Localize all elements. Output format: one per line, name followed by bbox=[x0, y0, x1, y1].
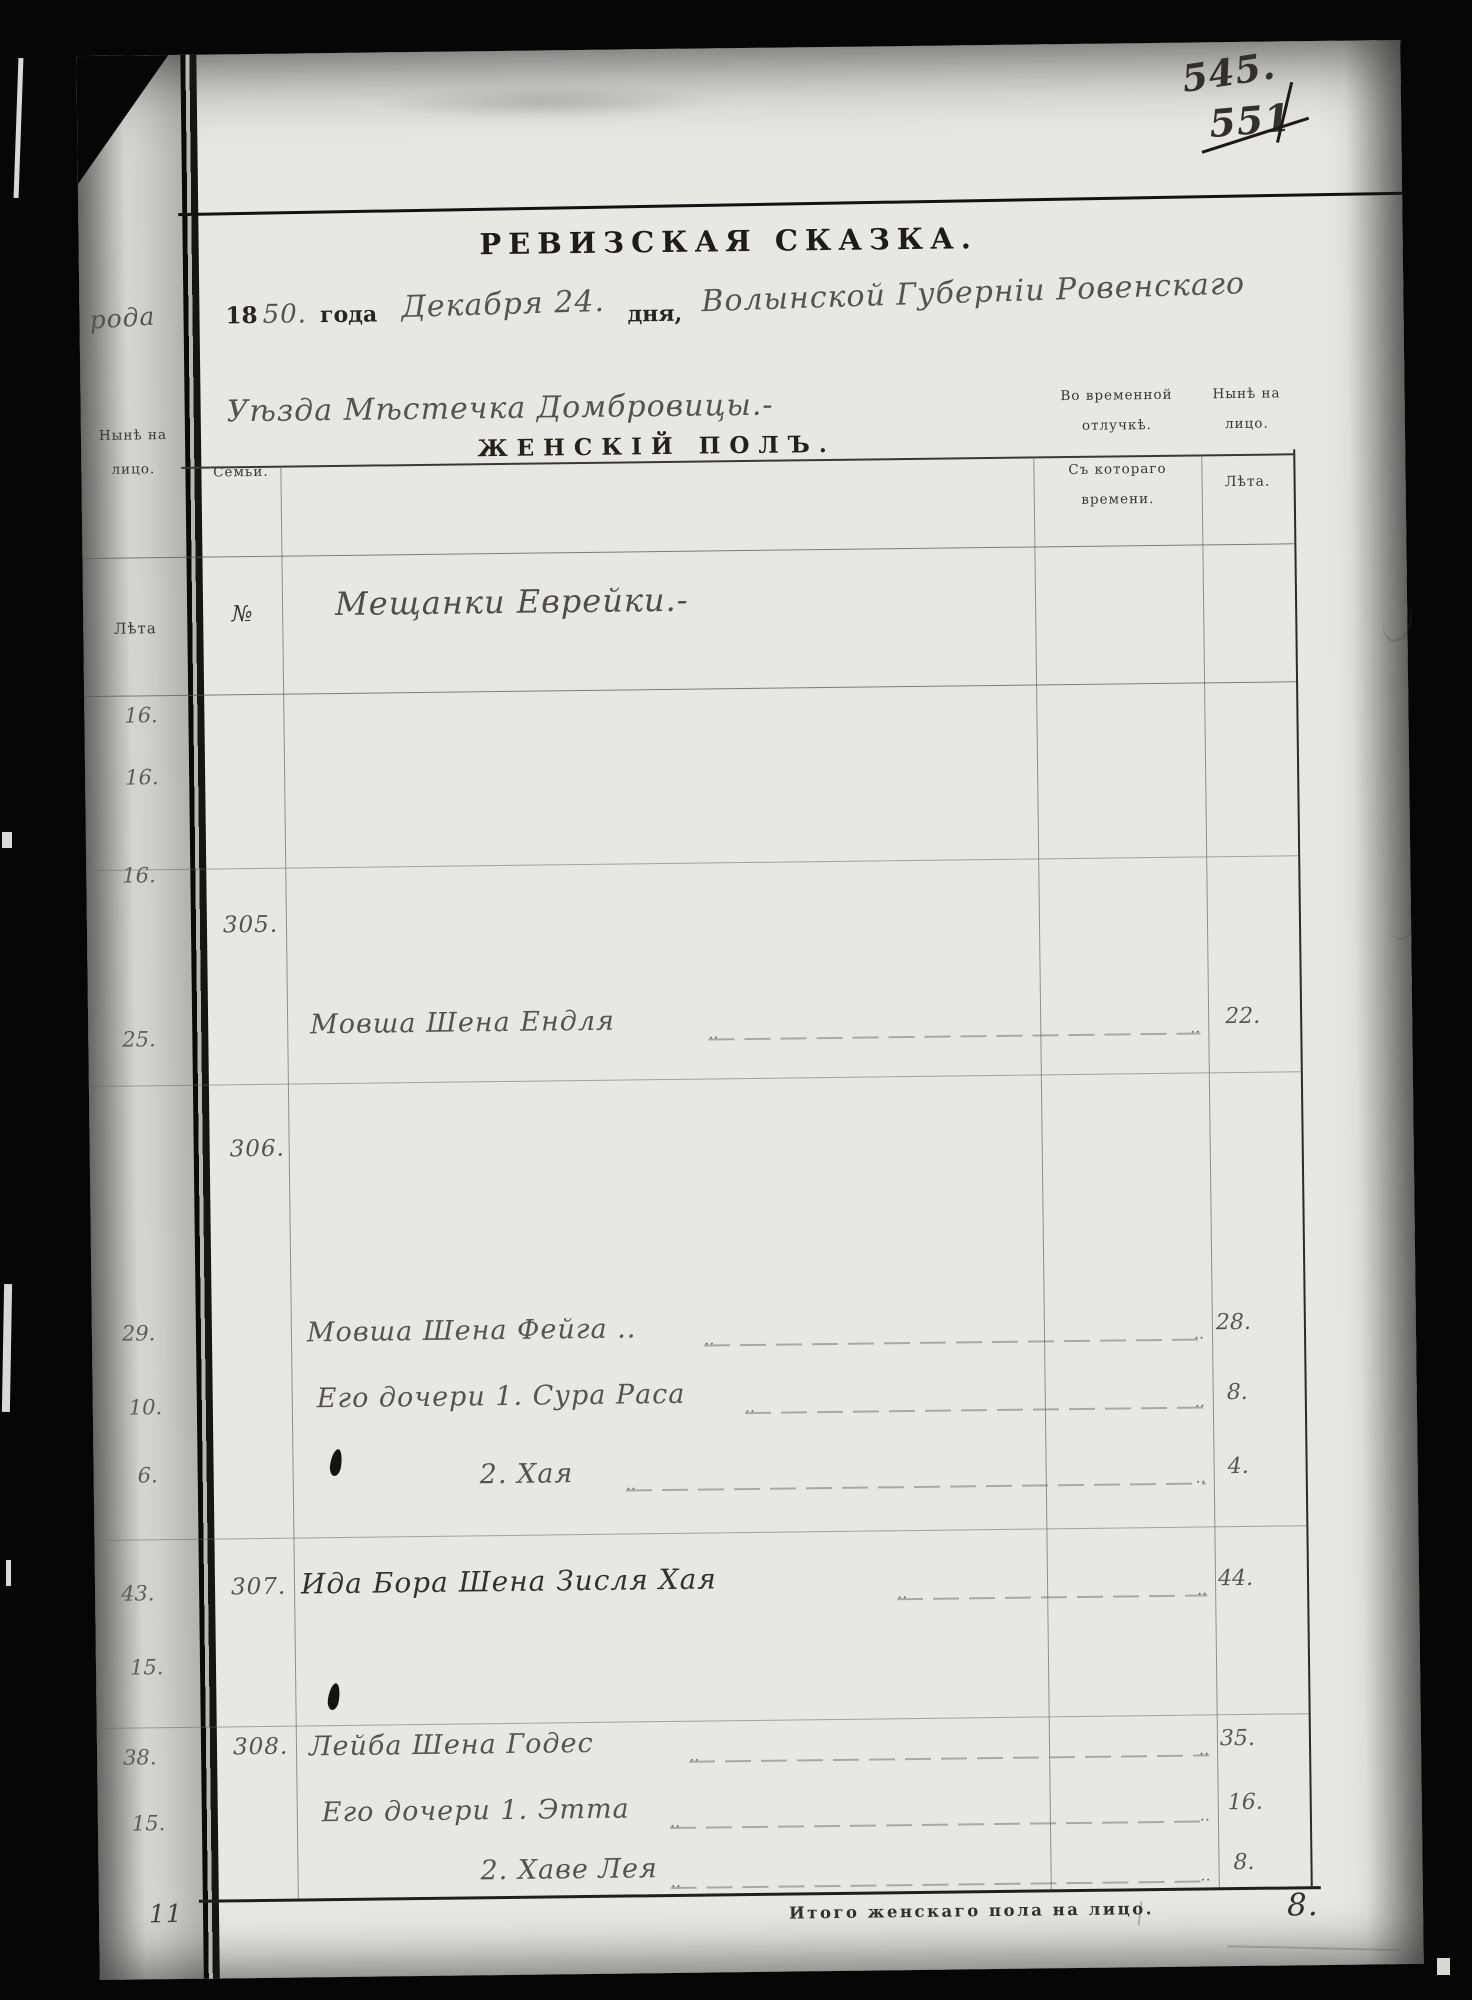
strip-age: 16. bbox=[124, 703, 158, 727]
strip-header-now-present-2: лицо. bbox=[81, 461, 185, 478]
place-handwritten: Уѣзда Мѣстечка Домбровицы.- bbox=[226, 388, 773, 430]
column-line-away bbox=[1033, 456, 1052, 1889]
header-away-since-2: времени. bbox=[1034, 490, 1202, 508]
entry-name: Его дочери 1. Этта bbox=[322, 1794, 630, 1829]
leader-line: .. .. bbox=[704, 1338, 1204, 1346]
film-scratch bbox=[2, 1284, 12, 1412]
page-number: 545. bbox=[1179, 43, 1279, 101]
ditto-marks: .. bbox=[626, 1474, 636, 1476]
strip-age: 16. bbox=[125, 765, 159, 789]
header-bottom-line bbox=[84, 681, 1296, 697]
ditto-marks: .. bbox=[1190, 1017, 1200, 1019]
header-away-since-1: Съ котораго bbox=[1033, 460, 1201, 478]
ditto-marks: .. bbox=[1194, 1323, 1204, 1325]
leader-line: .. .. bbox=[670, 1820, 1210, 1829]
entry-name: Его дочери 1. Сура Раса bbox=[317, 1379, 686, 1415]
column-line-present bbox=[1201, 454, 1220, 1887]
ditto-marks: .. bbox=[1200, 1805, 1210, 1807]
ditto-marks: .. bbox=[708, 1023, 718, 1025]
film-scratch bbox=[14, 58, 24, 198]
date-line: 18 50. года bbox=[225, 298, 377, 330]
entry-age: 35. bbox=[1220, 1726, 1255, 1751]
revision-list-title: РЕВИЗСКАЯ СКАЗКА. bbox=[328, 219, 1128, 263]
entry-age: 16. bbox=[1228, 1790, 1263, 1815]
entry-age: 44. bbox=[1218, 1566, 1253, 1591]
page-top-rule bbox=[178, 192, 1402, 216]
header-split-line bbox=[82, 543, 1294, 559]
header-present-years: Лѣта. bbox=[1202, 473, 1294, 490]
ditto-marks: .. bbox=[670, 1812, 680, 1814]
header-away-1: Во временной bbox=[1032, 386, 1200, 404]
strip-age: 43. bbox=[121, 1581, 155, 1605]
year-handwritten: 50. bbox=[262, 299, 307, 330]
entry-name: Ида Бора Шена Зисля Хая bbox=[301, 1562, 717, 1600]
day-word: дня, bbox=[627, 301, 682, 328]
page-edge-stain bbox=[1389, 908, 1413, 940]
ink-offset-smudge bbox=[377, 82, 717, 122]
entry-age: 4. bbox=[1227, 1454, 1248, 1479]
entry-name: Лейба Шена Годес bbox=[309, 1728, 594, 1762]
ink-blot bbox=[329, 1448, 344, 1476]
strip-age: 38. bbox=[123, 1745, 157, 1769]
strip-header-years: Лѣта bbox=[83, 619, 187, 638]
entry-name: Мовша Шена Ендля bbox=[310, 1006, 615, 1041]
entry-age: 22. bbox=[1225, 1004, 1260, 1029]
family-number: 308. bbox=[233, 1734, 289, 1761]
strip-age: 6. bbox=[138, 1463, 158, 1487]
family-number: 306. bbox=[230, 1136, 286, 1163]
ditto-marks: .. bbox=[704, 1329, 714, 1331]
region-handwritten: Волынской Губерніи Ровенскаго bbox=[701, 266, 1246, 319]
leader-line: .. .. bbox=[745, 1406, 1205, 1414]
leader-line: .. .. bbox=[626, 1482, 1206, 1491]
ink-blot bbox=[326, 1682, 341, 1710]
table-right-border bbox=[1293, 449, 1313, 1886]
year-printed: 18 bbox=[225, 302, 257, 329]
page-edge-shadow bbox=[1344, 40, 1424, 1965]
entry-age: 28. bbox=[1216, 1310, 1251, 1335]
ditto-marks: .. bbox=[689, 1746, 699, 1748]
strip-bottom-number: 11 bbox=[149, 1899, 183, 1928]
ditto-marks: .. bbox=[671, 1872, 681, 1874]
ditto-marks: .. bbox=[1195, 1467, 1205, 1469]
strip-age: 16. bbox=[122, 863, 156, 887]
family-number: 307. bbox=[231, 1574, 287, 1601]
scanned-document-photo: 545. 551 рода РЕВИЗСКАЯ СКАЗКА. 18 50. г… bbox=[0, 0, 1472, 2000]
entry-name: 2. Хая bbox=[479, 1458, 573, 1490]
strip-age: 25. bbox=[122, 1027, 156, 1051]
row-separator bbox=[94, 1525, 1306, 1541]
ditto-marks: .. bbox=[1195, 1391, 1205, 1393]
leader-line: .. .. bbox=[897, 1594, 1207, 1600]
strip-header-now-present-1: Нынѣ на bbox=[81, 427, 185, 444]
row-separator bbox=[89, 1071, 1301, 1087]
book-page: 545. 551 рода РЕВИЗСКАЯ СКАЗКА. 18 50. г… bbox=[76, 40, 1423, 1980]
totals-value: 8. bbox=[1287, 1887, 1319, 1923]
ditto-marks: .. bbox=[1200, 1865, 1210, 1867]
ditto-marks: .. bbox=[897, 1583, 907, 1585]
strip-age: 10. bbox=[129, 1395, 163, 1419]
header-family: Семьи. bbox=[201, 464, 280, 481]
header-away-2: отлучкѣ. bbox=[1033, 416, 1201, 434]
entry-name: Мовша Шена Фейга .. bbox=[307, 1313, 637, 1348]
leader-line: .. .. bbox=[708, 1032, 1200, 1040]
row-separator bbox=[86, 855, 1298, 871]
entry-name: 2. Хаве Лея bbox=[480, 1853, 658, 1886]
film-scratch bbox=[1437, 1958, 1450, 1975]
strip-age: 15. bbox=[132, 1811, 166, 1835]
entry-age: 8. bbox=[1233, 1850, 1254, 1875]
totals-label: Итого женскаго пола на лицо. bbox=[789, 1899, 1154, 1922]
leader-line: .. .. bbox=[689, 1754, 1209, 1762]
section-heading-handwritten: Мещанки Еврейки.- bbox=[335, 581, 689, 623]
ditto-marks: .. bbox=[745, 1397, 755, 1399]
film-scratch bbox=[6, 1560, 11, 1586]
year-word: года bbox=[320, 301, 377, 328]
ditto-marks: .. bbox=[1199, 1739, 1209, 1741]
strip-age: 15. bbox=[130, 1655, 164, 1679]
film-scratch bbox=[2, 832, 12, 848]
margin-text-fragment: рода bbox=[89, 301, 157, 334]
pencil-scribble bbox=[1227, 1933, 1399, 1951]
date-handwritten: Декабря 24. bbox=[401, 284, 606, 325]
entry-age: 8. bbox=[1227, 1380, 1248, 1405]
header-family-no: № bbox=[203, 602, 282, 628]
header-present-2: лицо. bbox=[1201, 415, 1293, 432]
row-separator bbox=[97, 1713, 1309, 1729]
ditto-marks: .. bbox=[1197, 1579, 1207, 1581]
family-number: 305. bbox=[223, 912, 279, 939]
column-line-family bbox=[280, 466, 299, 1899]
strip-age: 29. bbox=[122, 1321, 156, 1345]
header-present-1: Нынѣ на bbox=[1200, 385, 1292, 402]
